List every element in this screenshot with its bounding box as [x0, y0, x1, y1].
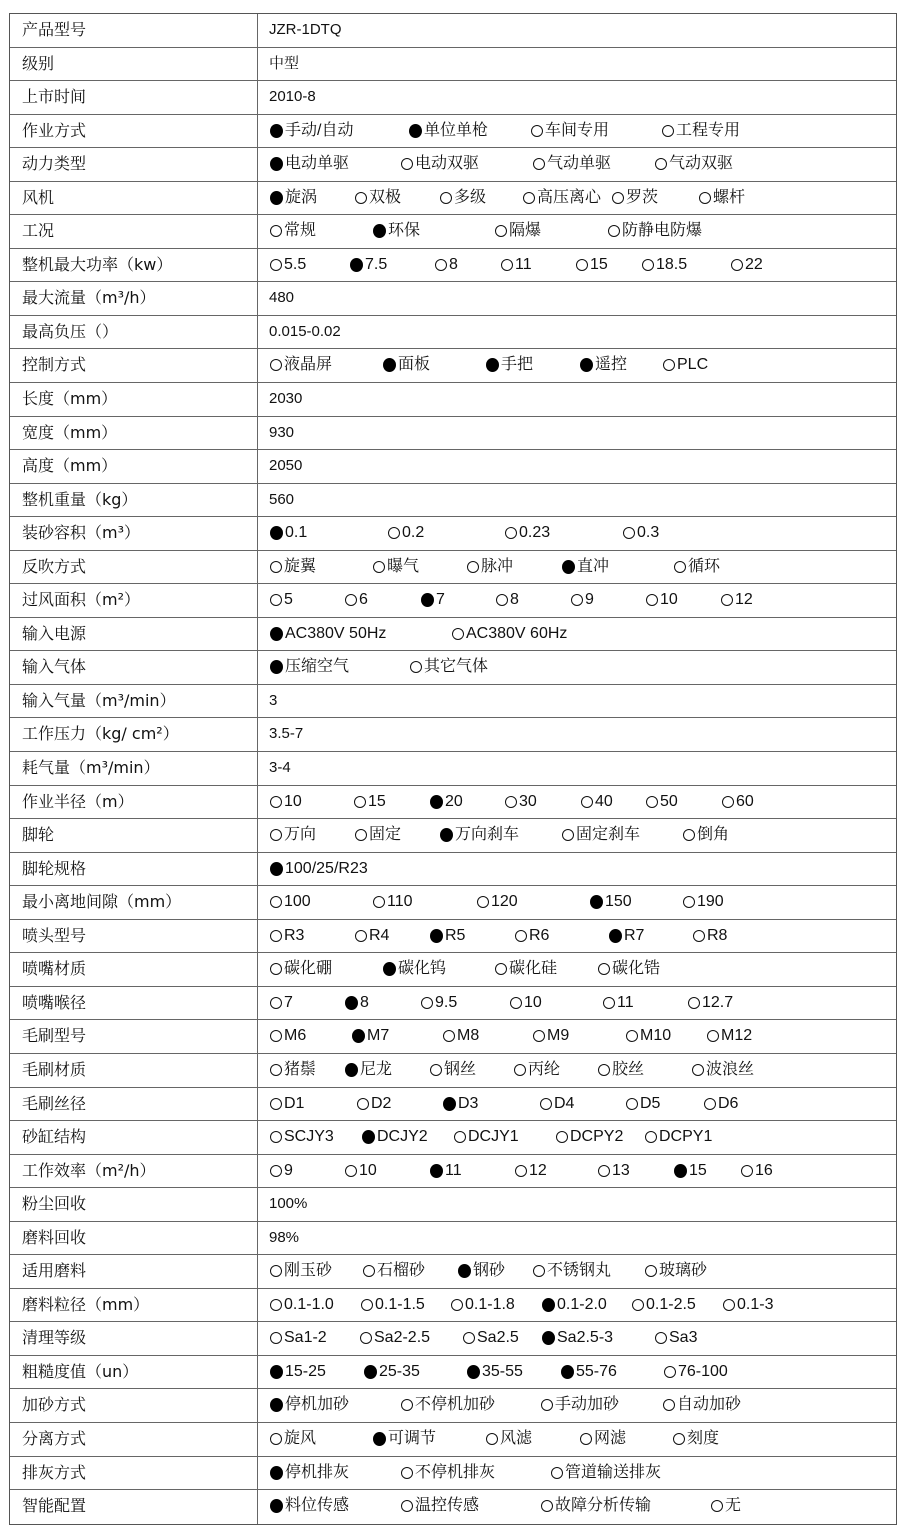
radio-option[interactable]: 可调节 [373, 1423, 436, 1455]
radio-checked-icon[interactable] [373, 1432, 386, 1446]
radio-option[interactable]: 料位传感 [270, 1490, 349, 1522]
radio-option[interactable]: 万向 [270, 819, 316, 851]
radio-unchecked-icon[interactable] [623, 527, 635, 539]
radio-option[interactable]: 9 [571, 584, 594, 616]
radio-unchecked-icon[interactable] [401, 1399, 413, 1411]
radio-unchecked-icon[interactable] [495, 225, 507, 237]
radio-unchecked-icon[interactable] [270, 561, 282, 573]
radio-checked-icon[interactable] [409, 124, 422, 138]
radio-option[interactable]: 电动双驱 [401, 148, 479, 180]
radio-unchecked-icon[interactable] [270, 997, 282, 1009]
radio-option[interactable]: 单位单枪 [409, 115, 488, 147]
radio-unchecked-icon[interactable] [467, 561, 479, 573]
radio-unchecked-icon[interactable] [501, 259, 513, 271]
radio-unchecked-icon[interactable] [270, 1030, 282, 1042]
radio-unchecked-icon[interactable] [345, 594, 357, 606]
radio-option[interactable]: M10 [626, 1020, 671, 1052]
radio-checked-icon[interactable] [542, 1331, 555, 1345]
radio-checked-icon[interactable] [270, 1499, 283, 1513]
radio-checked-icon[interactable] [362, 1130, 375, 1144]
radio-option[interactable]: 12 [721, 584, 753, 616]
radio-unchecked-icon[interactable] [270, 963, 282, 975]
radio-checked-icon[interactable] [270, 191, 283, 205]
radio-unchecked-icon[interactable] [608, 225, 620, 237]
radio-unchecked-icon[interactable] [360, 1332, 372, 1344]
radio-unchecked-icon[interactable] [270, 1433, 282, 1445]
radio-option[interactable]: 钢丝 [430, 1054, 476, 1086]
radio-option[interactable]: 0.1-1.5 [361, 1289, 425, 1321]
radio-unchecked-icon[interactable] [357, 1098, 369, 1110]
radio-unchecked-icon[interactable] [571, 594, 583, 606]
radio-option[interactable]: 面板 [383, 349, 430, 381]
radio-option[interactable]: 隔爆 [495, 215, 541, 247]
radio-option[interactable]: DCJY1 [454, 1121, 519, 1153]
radio-option[interactable]: 5 [270, 584, 293, 616]
radio-option[interactable]: 石榴砂 [363, 1255, 425, 1287]
radio-unchecked-icon[interactable] [562, 829, 574, 841]
radio-checked-icon[interactable] [430, 1164, 443, 1178]
radio-option[interactable]: 车间专用 [531, 115, 609, 147]
radio-option[interactable]: 固定刹车 [562, 819, 640, 851]
radio-option[interactable]: 气动双驱 [655, 148, 733, 180]
radio-unchecked-icon[interactable] [655, 158, 667, 170]
radio-checked-icon[interactable] [421, 593, 434, 607]
radio-unchecked-icon[interactable] [270, 896, 282, 908]
radio-option[interactable]: 100/25/R23 [270, 853, 368, 885]
radio-unchecked-icon[interactable] [373, 896, 385, 908]
radio-option[interactable]: D6 [704, 1088, 738, 1120]
radio-option[interactable]: 倒角 [683, 819, 729, 851]
radio-option[interactable]: D5 [626, 1088, 660, 1120]
radio-option[interactable]: 40 [581, 786, 613, 818]
radio-option[interactable]: 停机排灰 [270, 1457, 349, 1489]
radio-option[interactable]: 9 [270, 1155, 293, 1187]
radio-unchecked-icon[interactable] [435, 259, 447, 271]
radio-unchecked-icon[interactable] [741, 1165, 753, 1177]
radio-option[interactable]: PLC [663, 349, 708, 381]
radio-unchecked-icon[interactable] [401, 1467, 413, 1479]
radio-option[interactable]: 不停机排灰 [401, 1457, 495, 1489]
radio-unchecked-icon[interactable] [598, 1165, 610, 1177]
radio-checked-icon[interactable] [561, 1365, 574, 1379]
radio-option[interactable]: R6 [515, 920, 549, 952]
radio-unchecked-icon[interactable] [363, 1265, 375, 1277]
radio-checked-icon[interactable] [270, 1466, 283, 1480]
radio-unchecked-icon[interactable] [443, 1030, 455, 1042]
radio-unchecked-icon[interactable] [270, 1332, 282, 1344]
radio-unchecked-icon[interactable] [711, 1500, 723, 1512]
radio-option[interactable]: 76-100 [664, 1356, 728, 1388]
radio-option[interactable]: 15-25 [270, 1356, 326, 1388]
radio-checked-icon[interactable] [562, 560, 575, 574]
radio-unchecked-icon[interactable] [645, 1265, 657, 1277]
radio-option[interactable]: 无 [711, 1490, 741, 1522]
radio-unchecked-icon[interactable] [662, 125, 674, 137]
radio-unchecked-icon[interactable] [421, 997, 433, 1009]
radio-option[interactable]: 刚玉砂 [270, 1255, 332, 1287]
radio-unchecked-icon[interactable] [626, 1030, 638, 1042]
radio-unchecked-icon[interactable] [345, 1165, 357, 1177]
radio-option[interactable]: 尼龙 [345, 1054, 392, 1086]
radio-unchecked-icon[interactable] [723, 1299, 735, 1311]
radio-option[interactable]: R4 [355, 920, 389, 952]
radio-unchecked-icon[interactable] [505, 527, 517, 539]
radio-unchecked-icon[interactable] [598, 1064, 610, 1076]
radio-unchecked-icon[interactable] [270, 1165, 282, 1177]
radio-unchecked-icon[interactable] [388, 527, 400, 539]
radio-option[interactable]: 190 [683, 886, 724, 918]
radio-unchecked-icon[interactable] [355, 930, 367, 942]
radio-option[interactable]: 110 [373, 886, 413, 918]
radio-option[interactable]: 电动单驱 [270, 148, 349, 180]
radio-option[interactable]: 工程专用 [662, 115, 740, 147]
radio-unchecked-icon[interactable] [576, 259, 588, 271]
radio-checked-icon[interactable] [383, 358, 396, 372]
radio-option[interactable]: 0.3 [623, 517, 659, 549]
radio-unchecked-icon[interactable] [523, 192, 535, 204]
radio-option[interactable]: 万向刹车 [440, 819, 519, 851]
radio-unchecked-icon[interactable] [454, 1131, 466, 1143]
radio-option[interactable]: 11 [430, 1155, 462, 1187]
radio-option[interactable]: 罗茨 [612, 182, 658, 214]
radio-option[interactable]: M7 [352, 1020, 389, 1052]
radio-option[interactable]: 手动/自动 [270, 115, 353, 147]
radio-unchecked-icon[interactable] [541, 1399, 553, 1411]
radio-unchecked-icon[interactable] [673, 1433, 685, 1445]
radio-checked-icon[interactable] [270, 526, 283, 540]
radio-checked-icon[interactable] [345, 996, 358, 1010]
radio-unchecked-icon[interactable] [354, 796, 366, 808]
radio-option[interactable]: M12 [707, 1020, 752, 1052]
radio-option[interactable]: 旋翼 [270, 551, 316, 583]
radio-unchecked-icon[interactable] [486, 1433, 498, 1445]
radio-unchecked-icon[interactable] [693, 930, 705, 942]
radio-option[interactable]: 12.7 [688, 987, 733, 1019]
radio-checked-icon[interactable] [270, 1365, 283, 1379]
radio-option[interactable]: 曝气 [373, 551, 419, 583]
radio-unchecked-icon[interactable] [401, 158, 413, 170]
radio-option[interactable]: 自动加砂 [663, 1389, 741, 1421]
radio-unchecked-icon[interactable] [533, 1265, 545, 1277]
radio-unchecked-icon[interactable] [463, 1332, 475, 1344]
radio-option[interactable]: 旋风 [270, 1423, 316, 1455]
radio-option[interactable]: 防静电防爆 [608, 215, 702, 247]
radio-option[interactable]: 25-35 [364, 1356, 420, 1388]
radio-option[interactable]: 7 [270, 987, 293, 1019]
radio-option[interactable]: 刻度 [673, 1423, 719, 1455]
radio-unchecked-icon[interactable] [373, 561, 385, 573]
radio-option[interactable]: 5.5 [270, 249, 306, 281]
radio-checked-icon[interactable] [270, 627, 283, 641]
radio-unchecked-icon[interactable] [645, 1131, 657, 1143]
radio-option[interactable]: 7.5 [350, 249, 387, 281]
radio-checked-icon[interactable] [270, 862, 283, 876]
radio-option[interactable]: 碳化硅 [495, 953, 557, 985]
radio-option[interactable]: 风滤 [486, 1423, 532, 1455]
radio-unchecked-icon[interactable] [515, 930, 527, 942]
radio-option[interactable]: 18.5 [642, 249, 687, 281]
radio-option[interactable]: 0.1-1.0 [270, 1289, 334, 1321]
radio-option[interactable]: 150 [590, 886, 632, 918]
radio-unchecked-icon[interactable] [603, 997, 615, 1009]
radio-option[interactable]: Sa1-2 [270, 1322, 327, 1354]
radio-option[interactable]: 固定 [355, 819, 401, 851]
radio-unchecked-icon[interactable] [540, 1098, 552, 1110]
radio-option[interactable]: D1 [270, 1088, 304, 1120]
radio-option[interactable]: M9 [533, 1020, 569, 1052]
radio-option[interactable]: 0.1-2.0 [542, 1289, 607, 1321]
radio-unchecked-icon[interactable] [581, 796, 593, 808]
radio-unchecked-icon[interactable] [355, 192, 367, 204]
radio-option[interactable]: 碳化锆 [598, 953, 660, 985]
radio-option[interactable]: R8 [693, 920, 727, 952]
radio-option[interactable]: 15 [576, 249, 608, 281]
radio-option[interactable]: 碳化钨 [383, 953, 446, 985]
radio-unchecked-icon[interactable] [663, 1399, 675, 1411]
radio-unchecked-icon[interactable] [270, 796, 282, 808]
radio-option[interactable]: 压缩空气 [270, 651, 349, 683]
radio-option[interactable]: 多级 [440, 182, 486, 214]
radio-option[interactable]: DCPY1 [645, 1121, 712, 1153]
radio-unchecked-icon[interactable] [270, 829, 282, 841]
radio-unchecked-icon[interactable] [270, 1265, 282, 1277]
radio-unchecked-icon[interactable] [632, 1299, 644, 1311]
radio-unchecked-icon[interactable] [556, 1131, 568, 1143]
radio-option[interactable]: D4 [540, 1088, 574, 1120]
radio-option[interactable]: 高压离心 [523, 182, 601, 214]
radio-unchecked-icon[interactable] [270, 1098, 282, 1110]
radio-unchecked-icon[interactable] [440, 192, 452, 204]
radio-option[interactable]: 猪鬃 [270, 1054, 316, 1086]
radio-checked-icon[interactable] [609, 929, 622, 943]
radio-option[interactable]: 双极 [355, 182, 401, 214]
radio-option[interactable]: 遥控 [580, 349, 627, 381]
radio-option[interactable]: 100 [270, 886, 311, 918]
radio-unchecked-icon[interactable] [580, 1433, 592, 1445]
radio-checked-icon[interactable] [270, 157, 283, 171]
radio-option[interactable]: 玻璃砂 [645, 1255, 707, 1287]
radio-unchecked-icon[interactable] [674, 561, 686, 573]
radio-unchecked-icon[interactable] [477, 896, 489, 908]
radio-option[interactable]: R7 [609, 920, 644, 952]
radio-unchecked-icon[interactable] [704, 1098, 716, 1110]
radio-checked-icon[interactable] [590, 895, 603, 909]
radio-option[interactable]: Sa3 [655, 1322, 697, 1354]
radio-unchecked-icon[interactable] [626, 1098, 638, 1110]
radio-option[interactable]: R3 [270, 920, 304, 952]
radio-option[interactable]: 35-55 [467, 1356, 523, 1388]
radio-option[interactable]: 0.1-3 [723, 1289, 773, 1321]
radio-unchecked-icon[interactable] [401, 1500, 413, 1512]
radio-option[interactable]: 16 [741, 1155, 773, 1187]
radio-option[interactable]: 50 [646, 786, 678, 818]
radio-unchecked-icon[interactable] [663, 359, 675, 371]
radio-checked-icon[interactable] [580, 358, 593, 372]
radio-option[interactable]: 循环 [674, 551, 720, 583]
radio-checked-icon[interactable] [364, 1365, 377, 1379]
radio-option[interactable]: 20 [430, 786, 463, 818]
radio-option[interactable]: M8 [443, 1020, 479, 1052]
radio-unchecked-icon[interactable] [731, 259, 743, 271]
radio-unchecked-icon[interactable] [270, 1064, 282, 1076]
radio-option[interactable]: 0.1-1.8 [451, 1289, 515, 1321]
radio-option[interactable]: 旋涡 [270, 182, 317, 214]
radio-unchecked-icon[interactable] [551, 1467, 563, 1479]
radio-unchecked-icon[interactable] [355, 829, 367, 841]
radio-unchecked-icon[interactable] [270, 594, 282, 606]
radio-checked-icon[interactable] [383, 962, 396, 976]
radio-option[interactable]: 9.5 [421, 987, 457, 1019]
radio-option[interactable]: 钢砂 [458, 1255, 505, 1287]
radio-checked-icon[interactable] [270, 1398, 283, 1412]
radio-unchecked-icon[interactable] [505, 796, 517, 808]
radio-checked-icon[interactable] [270, 660, 283, 674]
radio-unchecked-icon[interactable] [664, 1366, 676, 1378]
radio-checked-icon[interactable] [350, 258, 363, 272]
radio-option[interactable]: 13 [598, 1155, 630, 1187]
radio-option[interactable]: 0.1 [270, 517, 307, 549]
radio-option[interactable]: 22 [731, 249, 763, 281]
radio-unchecked-icon[interactable] [531, 125, 543, 137]
radio-unchecked-icon[interactable] [646, 796, 658, 808]
radio-unchecked-icon[interactable] [430, 1064, 442, 1076]
radio-option[interactable]: 60 [722, 786, 754, 818]
radio-option[interactable]: 10 [646, 584, 678, 616]
radio-option[interactable]: 30 [505, 786, 537, 818]
radio-unchecked-icon[interactable] [533, 158, 545, 170]
radio-option[interactable]: 0.1-2.5 [632, 1289, 696, 1321]
radio-checked-icon[interactable] [430, 795, 443, 809]
radio-option[interactable]: 8 [345, 987, 369, 1019]
radio-option[interactable]: 波浪丝 [692, 1054, 754, 1086]
radio-option[interactable]: 10 [510, 987, 542, 1019]
radio-checked-icon[interactable] [467, 1365, 480, 1379]
radio-unchecked-icon[interactable] [270, 259, 282, 271]
radio-option[interactable]: 15 [354, 786, 386, 818]
radio-unchecked-icon[interactable] [510, 997, 522, 1009]
radio-unchecked-icon[interactable] [721, 594, 733, 606]
radio-option[interactable]: 管道输送排灰 [551, 1457, 661, 1489]
radio-checked-icon[interactable] [352, 1029, 365, 1043]
radio-unchecked-icon[interactable] [707, 1030, 719, 1042]
radio-unchecked-icon[interactable] [495, 963, 507, 975]
radio-option[interactable]: Sa2-2.5 [360, 1322, 430, 1354]
radio-checked-icon[interactable] [486, 358, 499, 372]
radio-option[interactable]: 手把 [486, 349, 533, 381]
radio-unchecked-icon[interactable] [722, 796, 734, 808]
radio-unchecked-icon[interactable] [688, 997, 700, 1009]
radio-unchecked-icon[interactable] [699, 192, 711, 204]
radio-option[interactable]: 温控传感 [401, 1490, 479, 1522]
radio-unchecked-icon[interactable] [655, 1332, 667, 1344]
radio-unchecked-icon[interactable] [683, 829, 695, 841]
radio-checked-icon[interactable] [674, 1164, 687, 1178]
radio-option[interactable]: 气动单驱 [533, 148, 611, 180]
radio-option[interactable]: 11 [603, 987, 634, 1019]
radio-option[interactable]: D3 [443, 1088, 478, 1120]
radio-option[interactable]: 10 [345, 1155, 377, 1187]
radio-checked-icon[interactable] [458, 1264, 471, 1278]
radio-option[interactable]: 常规 [270, 215, 316, 247]
radio-option[interactable]: M6 [270, 1020, 306, 1052]
radio-option[interactable]: 胶丝 [598, 1054, 644, 1086]
radio-option[interactable]: DCJY2 [362, 1121, 428, 1153]
radio-unchecked-icon[interactable] [270, 1299, 282, 1311]
radio-option[interactable]: D2 [357, 1088, 391, 1120]
radio-option[interactable]: 手动加砂 [541, 1389, 619, 1421]
radio-unchecked-icon[interactable] [410, 661, 422, 673]
radio-option[interactable]: 脉冲 [467, 551, 513, 583]
radio-unchecked-icon[interactable] [270, 1131, 282, 1143]
radio-option[interactable]: AC380V 60Hz [452, 618, 567, 650]
radio-unchecked-icon[interactable] [692, 1064, 704, 1076]
radio-option[interactable]: 55-76 [561, 1356, 617, 1388]
radio-unchecked-icon[interactable] [451, 1299, 463, 1311]
radio-option[interactable]: 8 [496, 584, 519, 616]
radio-option[interactable]: 11 [501, 249, 532, 281]
radio-unchecked-icon[interactable] [533, 1030, 545, 1042]
radio-checked-icon[interactable] [542, 1298, 555, 1312]
radio-unchecked-icon[interactable] [646, 594, 658, 606]
radio-option[interactable]: Sa2.5-3 [542, 1322, 613, 1354]
radio-option[interactable]: 10 [270, 786, 302, 818]
radio-option[interactable]: 网滤 [580, 1423, 626, 1455]
radio-checked-icon[interactable] [443, 1097, 456, 1111]
radio-option[interactable]: 停机加砂 [270, 1389, 349, 1421]
radio-option[interactable]: 7 [421, 584, 445, 616]
radio-option[interactable]: 不锈钢丸 [533, 1255, 611, 1287]
radio-checked-icon[interactable] [270, 124, 283, 138]
radio-option[interactable]: 6 [345, 584, 368, 616]
radio-option[interactable]: 丙纶 [514, 1054, 560, 1086]
radio-option[interactable]: 环保 [373, 215, 420, 247]
radio-unchecked-icon[interactable] [496, 594, 508, 606]
radio-unchecked-icon[interactable] [683, 896, 695, 908]
radio-option[interactable]: AC380V 50Hz [270, 618, 386, 650]
radio-option[interactable]: SCJY3 [270, 1121, 334, 1153]
radio-option[interactable]: 液晶屏 [270, 349, 332, 381]
radio-checked-icon[interactable] [373, 224, 386, 238]
radio-unchecked-icon[interactable] [270, 930, 282, 942]
radio-option[interactable]: 12 [515, 1155, 547, 1187]
radio-unchecked-icon[interactable] [598, 963, 610, 975]
radio-option[interactable]: R5 [430, 920, 465, 952]
radio-option[interactable]: 直冲 [562, 551, 609, 583]
radio-unchecked-icon[interactable] [452, 628, 464, 640]
radio-unchecked-icon[interactable] [361, 1299, 373, 1311]
radio-checked-icon[interactable] [430, 929, 443, 943]
radio-unchecked-icon[interactable] [642, 259, 654, 271]
radio-option[interactable]: Sa2.5 [463, 1322, 519, 1354]
radio-option[interactable]: 120 [477, 886, 518, 918]
radio-checked-icon[interactable] [345, 1063, 358, 1077]
radio-unchecked-icon[interactable] [612, 192, 624, 204]
radio-option[interactable]: 8 [435, 249, 458, 281]
radio-option[interactable]: 螺杆 [699, 182, 745, 214]
radio-option[interactable]: 碳化硼 [270, 953, 332, 985]
radio-unchecked-icon[interactable] [514, 1064, 526, 1076]
radio-option[interactable]: 不停机加砂 [401, 1389, 495, 1421]
radio-option[interactable]: 15 [674, 1155, 707, 1187]
radio-unchecked-icon[interactable] [515, 1165, 527, 1177]
radio-option[interactable]: 0.23 [505, 517, 550, 549]
radio-unchecked-icon[interactable] [270, 225, 282, 237]
radio-unchecked-icon[interactable] [270, 359, 282, 371]
radio-option[interactable]: DCPY2 [556, 1121, 623, 1153]
radio-option[interactable]: 其它气体 [410, 651, 488, 683]
radio-option[interactable]: 0.2 [388, 517, 424, 549]
radio-checked-icon[interactable] [440, 828, 453, 842]
